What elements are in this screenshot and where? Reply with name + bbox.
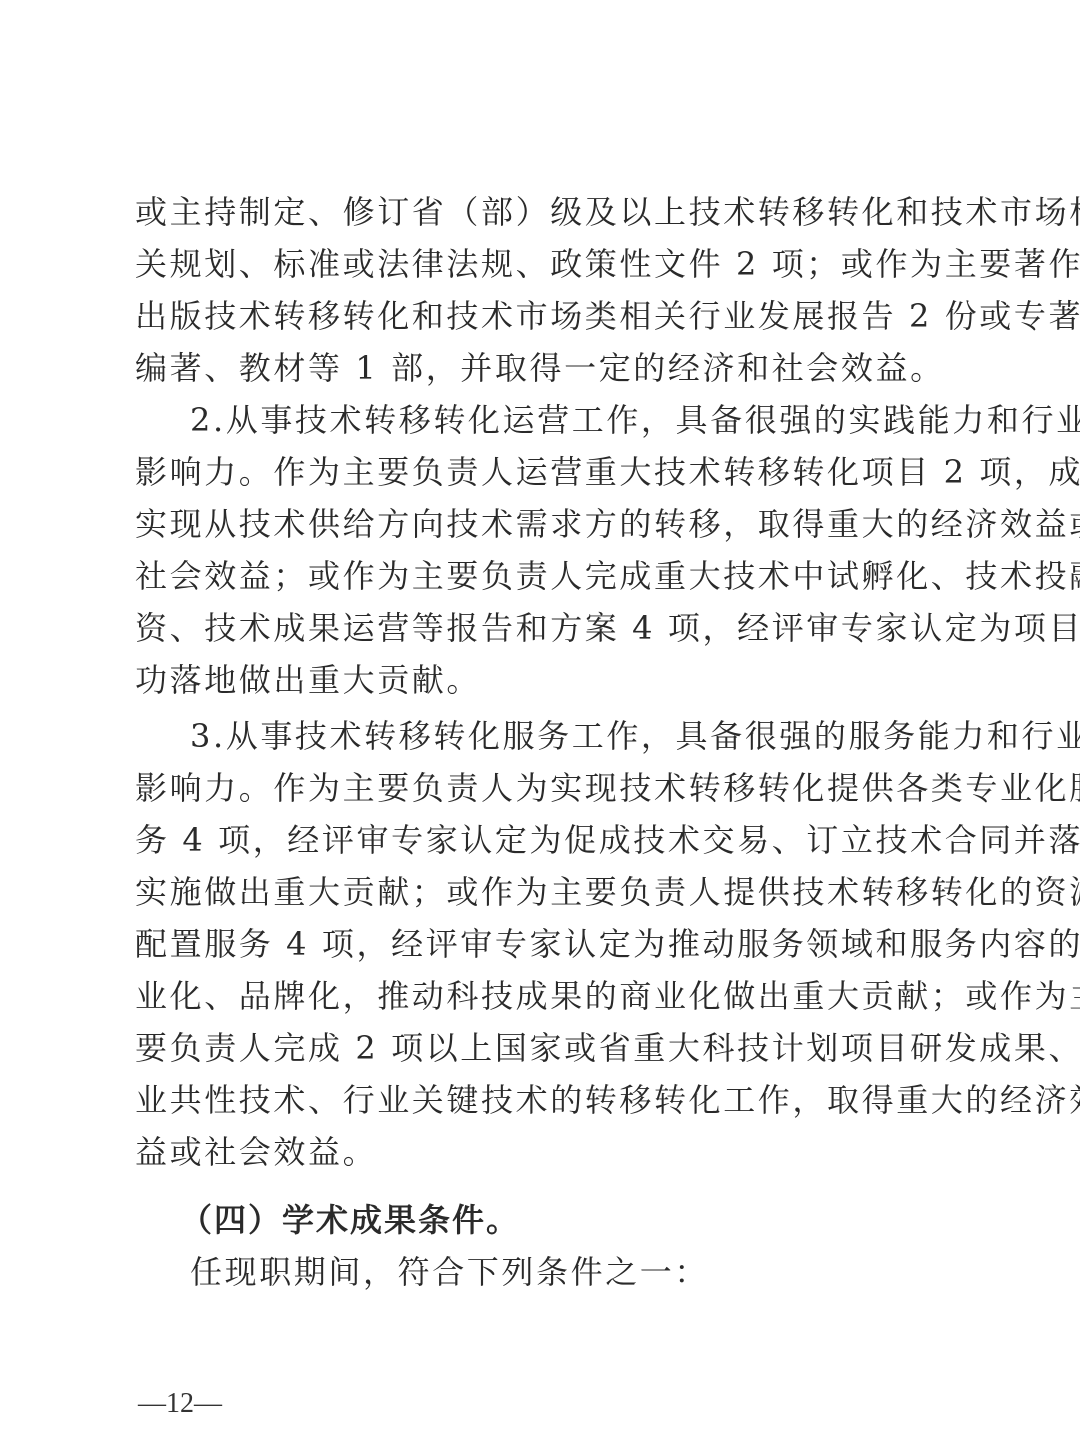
text-line: 3.从事技术转移转化服务工作，具备很强的服务能力和行业 <box>190 710 943 762</box>
text-line: 2.从事技术转移转化运营工作，具备很强的实践能力和行业 <box>190 394 943 446</box>
text-line: 影响力。作为主要负责人为实现技术转移转化提供各类专业化服 <box>135 762 943 814</box>
text-line: 关规划、标准或法律法规、政策性文件 2 项；或作为主要著作者 <box>135 238 943 290</box>
text-line: 实现从技术供给方向技术需求方的转移，取得重大的经济效益或 <box>135 498 943 550</box>
text-line: 出版技术转移转化和技术市场类相关行业发展报告 2 份或专著、 <box>135 290 943 342</box>
text-line: 影响力。作为主要负责人运营重大技术转移转化项目 2 项，成功 <box>135 446 943 498</box>
text-line: 功落地做出重大贡献。 <box>135 654 943 706</box>
text-line: 务 4 项，经评审专家认定为促成技术交易、订立技术合同并落地 <box>135 814 943 866</box>
text-line: 资、技术成果运营等报告和方案 4 项，经评审专家认定为项目成 <box>135 602 943 654</box>
text-line: 实施做出重大贡献；或作为主要负责人提供技术转移转化的资源 <box>135 866 943 918</box>
page-number: —12— <box>138 1388 222 1420</box>
text-line: 业化、品牌化，推动科技成果的商业化做出重大贡献；或作为主 <box>135 970 943 1022</box>
section-heading: （四）学术成果条件。 <box>180 1194 933 1246</box>
text-line: 社会效益；或作为主要负责人完成重大技术中试孵化、技术投融 <box>135 550 943 602</box>
text-line: 编著、教材等 1 部，并取得一定的经济和社会效益。 <box>135 342 943 394</box>
text-line: 业共性技术、行业关键技术的转移转化工作，取得重大的经济效 <box>135 1074 943 1126</box>
intro-line: 任现职期间，符合下列条件之一： <box>190 1246 943 1298</box>
text-line: 配置服务 4 项，经评审专家认定为推动服务领域和服务内容的专 <box>135 918 943 970</box>
text-line: 或主持制定、修订省（部）级及以上技术转移转化和技术市场相 <box>135 186 943 238</box>
text-line: 益或社会效益。 <box>135 1126 943 1178</box>
text-line: 要负责人完成 2 项以上国家或省重大科技计划项目研发成果、行 <box>135 1022 943 1074</box>
document-page: 或主持制定、修订省（部）级及以上技术转移转化和技术市场相 关规划、标准或法律法规… <box>0 0 1080 1455</box>
